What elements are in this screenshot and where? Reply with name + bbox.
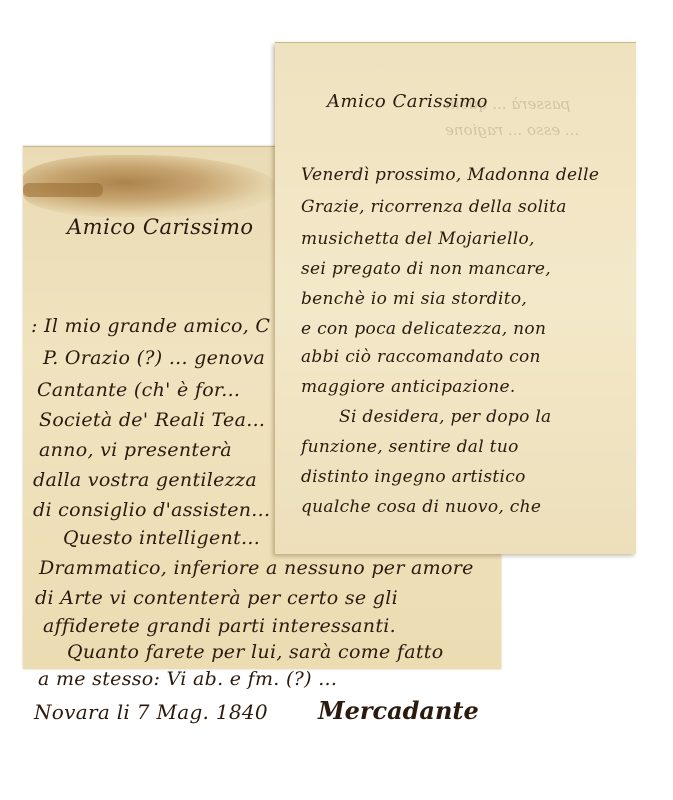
letter-back-line: P. Orazio (?) ... genova: [43, 347, 265, 369]
letter-back-line: Quanto farete per lui, sarà come fatto: [67, 641, 443, 663]
bleed-through-text: ... esso ... ragione: [445, 121, 579, 139]
letter-front-line: benchè io mi sia stordito,: [301, 289, 527, 309]
letter-front-line: funzione, sentire dal tuo: [301, 437, 519, 457]
letter-back-line: : Il mio grande amico, C: [31, 315, 270, 337]
letter-back-line: Questo intelligent...: [63, 527, 260, 549]
letter-front-line: musichetta del Mojariello,: [301, 229, 535, 249]
letter-front-salutation: Amico Carissimo: [327, 91, 488, 112]
letter-back-line: affiderete grandi parti interessanti.: [43, 615, 396, 637]
letter-back-line: dalla vostra gentilezza: [33, 469, 257, 491]
letter-front-line: Venerdì prossimo, Madonna delle: [301, 165, 599, 185]
letter-front-line: distinto ingegno artistico: [301, 467, 526, 487]
letter-back-line: Cantante (ch' è for...: [37, 379, 240, 401]
letter-back-date: Novara li 7 Mag. 1840: [34, 700, 268, 724]
letter-front-line: maggiore anticipazione.: [301, 377, 516, 397]
letter-back-line: di consiglio d'assisten...: [33, 499, 270, 521]
letter-front-line: Si desidera, per dopo la: [339, 407, 552, 427]
letter-back-line: di Arte vi contenterà per certo se gli: [35, 587, 398, 609]
letter-front-line: qualche cosa di nuovo, che: [301, 497, 541, 517]
letter-back-line: anno, vi presenterà: [39, 439, 232, 461]
water-stain-edge: [23, 183, 103, 197]
letter-front-sheet: passerà ... quelli ... esso ... ragione …: [275, 42, 636, 554]
letter-front-line: e con poca delicatezza, non: [301, 319, 546, 339]
letter-front-line: sei pregato di non mancare,: [301, 259, 551, 279]
letter-back-line: a me stesso: Vi ab. e fm. (?) ...: [38, 668, 337, 690]
signature: Mercadante: [318, 696, 479, 725]
letter-back-line: Drammatico, inferiore a nessuno per amor…: [39, 557, 474, 579]
letter-back-salutation: Amico Carissimo: [67, 215, 254, 239]
letter-front-line: Grazie, ricorrenza della solita: [301, 197, 567, 217]
letter-back-line: Società de' Reali Tea...: [39, 409, 265, 431]
letter-front-line: abbi ciò raccomandato con: [301, 347, 541, 367]
